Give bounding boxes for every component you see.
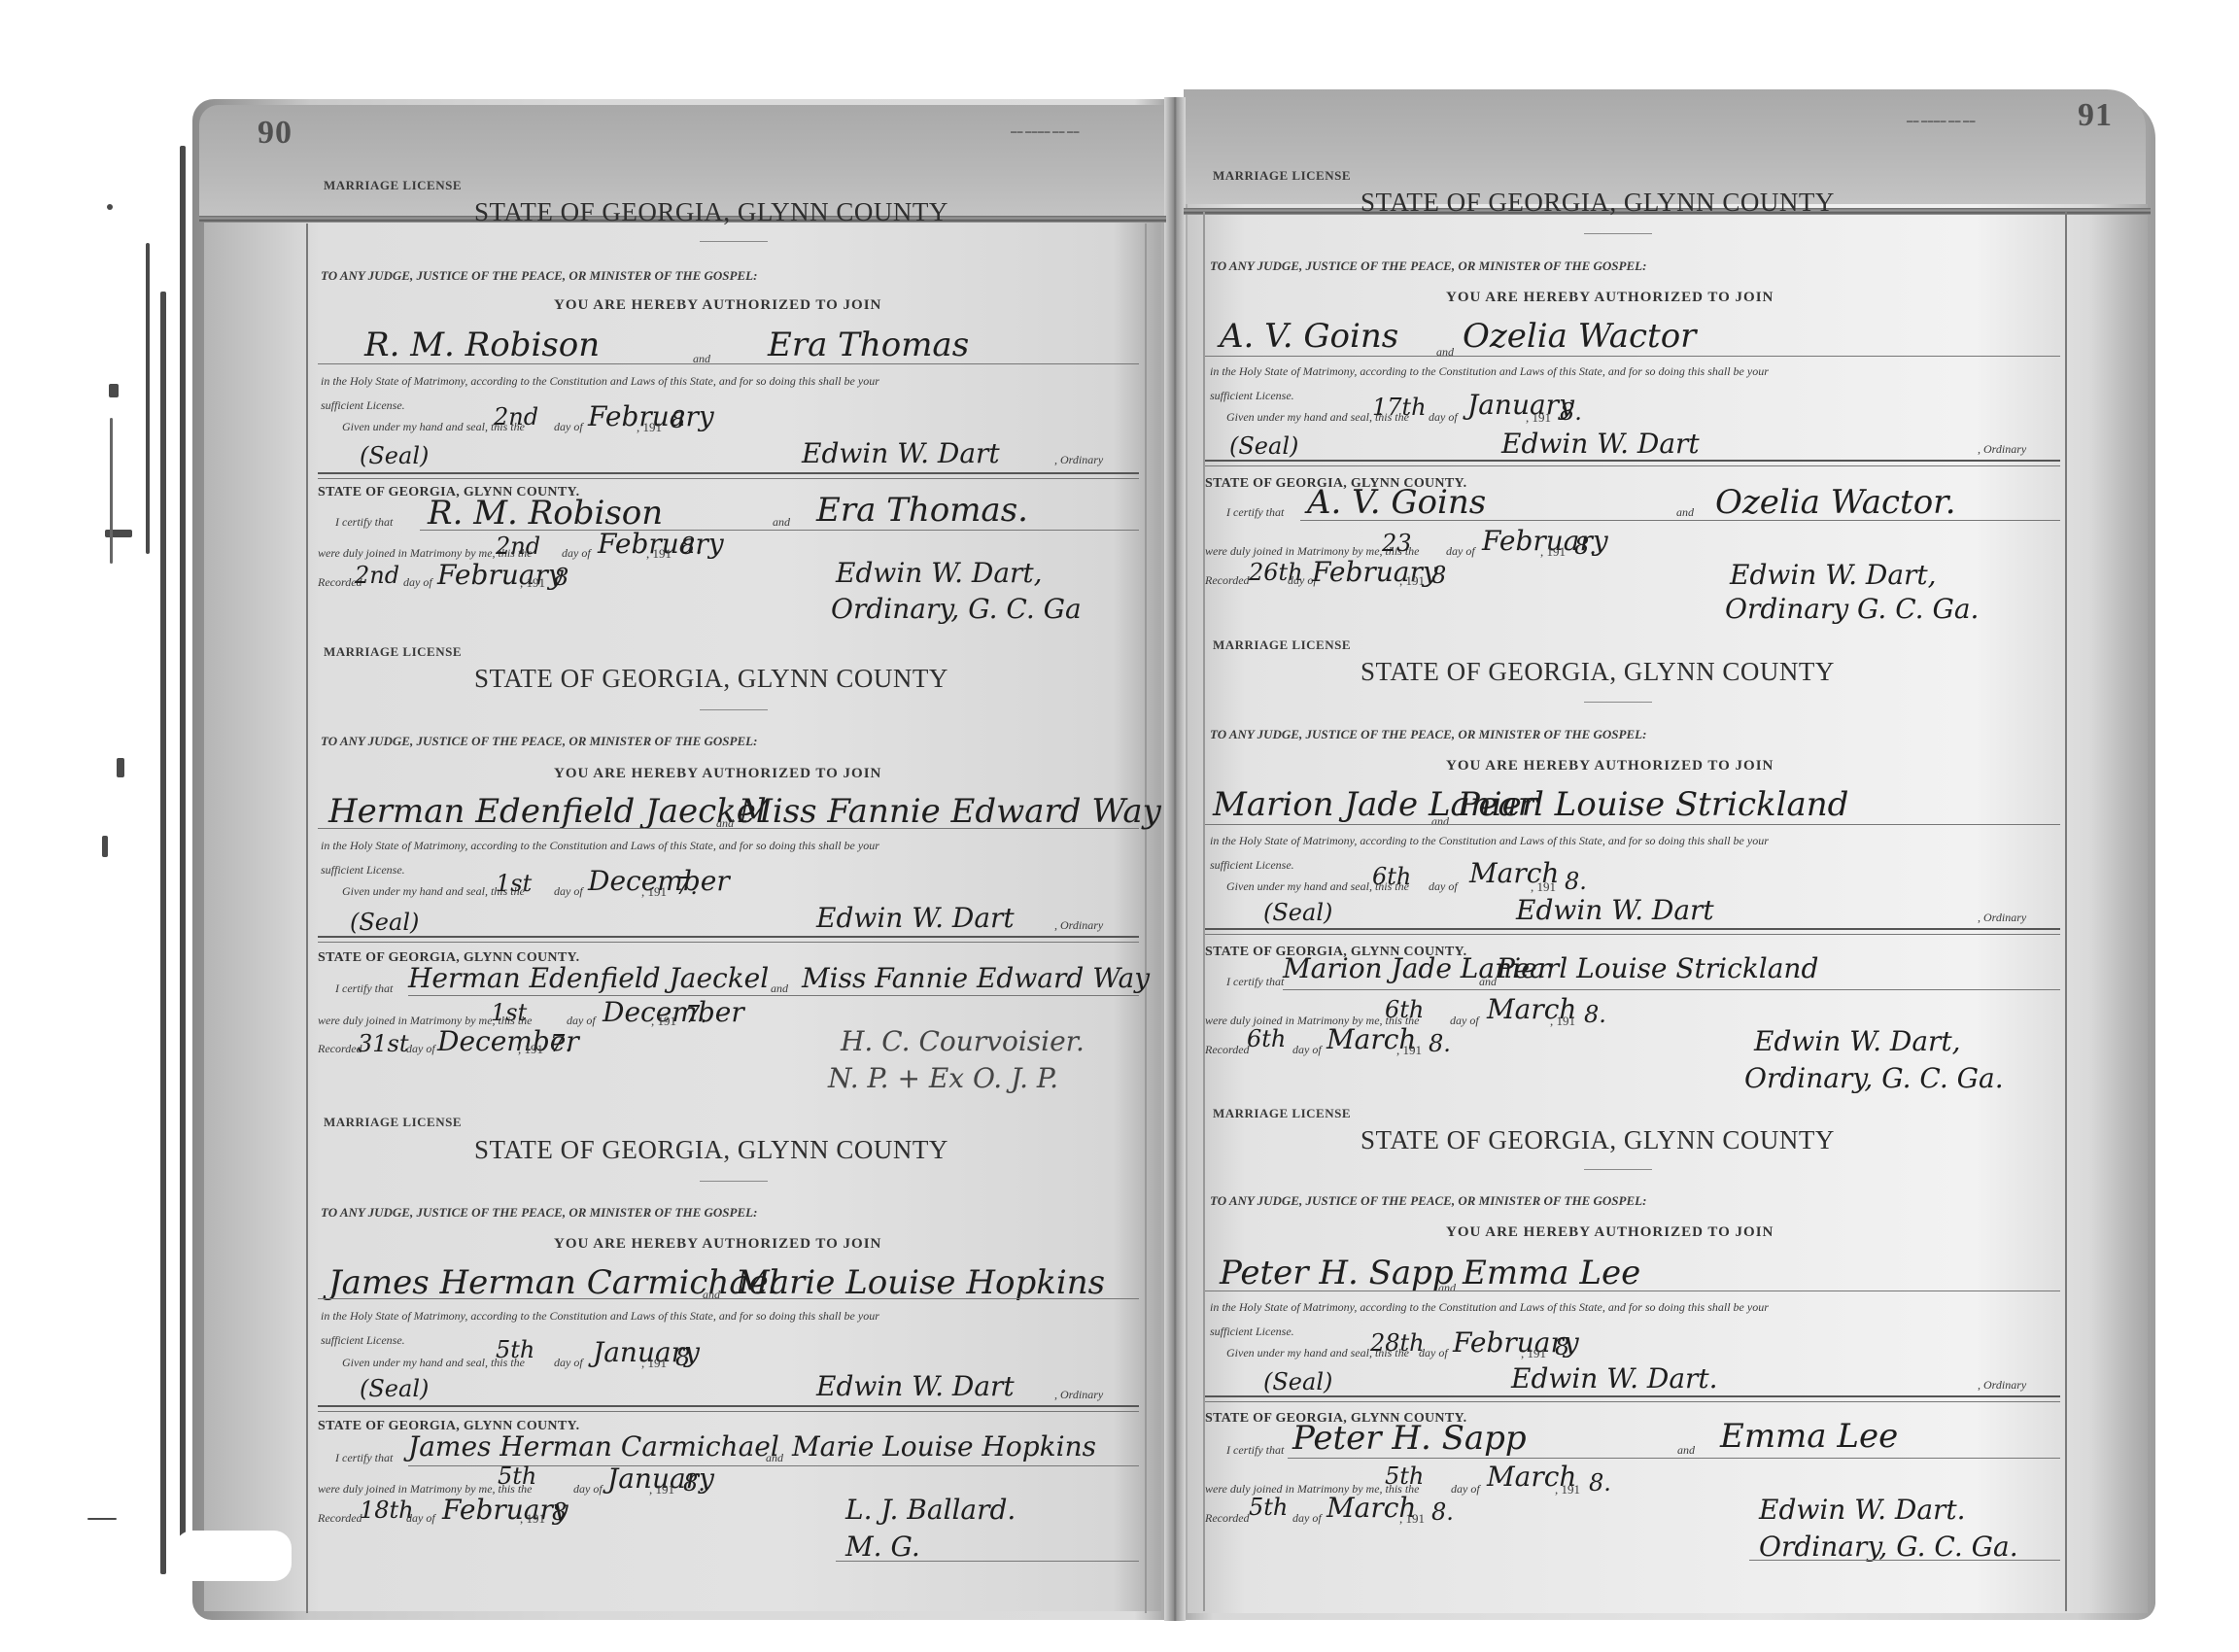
form-title: STATE OF GEORGIA, GLYNN COUNTY xyxy=(474,1135,948,1165)
addressee-line: TO ANY JUDGE, JUSTICE OF THE PEACE, OR M… xyxy=(321,268,757,284)
day-of-label: day of xyxy=(1429,879,1458,894)
marriage-license-label: MARRIAGE LICENSE xyxy=(324,1115,462,1130)
license-year-digit: 8 xyxy=(671,406,685,433)
license-day: 28th xyxy=(1370,1329,1425,1357)
authorized-line: YOU ARE HEREBY AUTHORIZED TO JOIN xyxy=(554,766,881,782)
form-title: STATE OF GEORGIA, GLYNN COUNTY xyxy=(1361,657,1835,687)
day-of-label: day of xyxy=(562,546,591,561)
ordinary-label: , Ordinary xyxy=(1054,453,1103,467)
certificate-bride-name: Miss Fannie Edward Way xyxy=(802,962,1150,994)
title-rule xyxy=(1584,702,1652,703)
name-line xyxy=(1300,520,2060,521)
signature-line xyxy=(1749,1560,2060,1561)
certify-label: I certify that xyxy=(335,981,393,996)
addressee-line: TO ANY JUDGE, JUSTICE OF THE PEACE, OR M… xyxy=(321,734,757,749)
recorded-label: Recorded xyxy=(318,1511,362,1526)
and-label: and xyxy=(1436,345,1454,360)
day-of-label: day of xyxy=(403,575,432,590)
seal-mark: (Seal) xyxy=(360,442,429,469)
recorded-label: Recorded xyxy=(318,1042,362,1056)
officiant-title: M. G. xyxy=(845,1531,920,1563)
marriage-license-label: MARRIAGE LICENSE xyxy=(324,644,462,660)
name-line xyxy=(318,1298,1139,1299)
certificate-bride-name: Emma Lee xyxy=(1720,1417,1898,1456)
year-prefix: , 191 xyxy=(641,884,667,900)
certificate-day: 23 xyxy=(1382,530,1412,557)
certificate-year-digit: 7. xyxy=(685,1001,707,1028)
name-line xyxy=(1205,824,2060,825)
ordinary-label: , Ordinary xyxy=(1054,918,1103,933)
and-label: and xyxy=(703,1288,720,1302)
license-bride-name: Miss Fannie Edward Way xyxy=(739,792,1161,831)
year-prefix: , 191 xyxy=(520,1511,545,1527)
year-prefix: , 191 xyxy=(1540,544,1566,560)
officiant-title: N. P. + Ex O. J. P. xyxy=(828,1062,1058,1094)
recorded-label: Recorded xyxy=(1205,573,1250,588)
license-year-digit: 8 xyxy=(1555,1333,1569,1360)
day-of-label: day of xyxy=(406,1511,435,1526)
year-prefix: , 191 xyxy=(1526,410,1551,426)
license-bride-name: Pearl Louise Strickland xyxy=(1458,785,1848,824)
ordinary-label: , Ordinary xyxy=(1054,1388,1103,1402)
addressee-line: TO ANY JUDGE, JUSTICE OF THE PEACE, OR M… xyxy=(1210,258,1646,274)
year-prefix: , 191 xyxy=(1399,573,1425,589)
title-rule xyxy=(1584,233,1652,234)
day-of-label: day of xyxy=(1419,1346,1448,1360)
certificate-day: 1st xyxy=(491,999,527,1026)
addressee-line: TO ANY JUDGE, JUSTICE OF THE PEACE, OR M… xyxy=(1210,1193,1646,1209)
certificate-year-digit: 8. xyxy=(1589,1469,1611,1497)
year-prefix: , 191 xyxy=(518,1042,543,1057)
license-day: 5th xyxy=(496,1336,534,1363)
recorded-year-digit: 8 xyxy=(552,1498,567,1526)
certificate-groom-name: James Herman Carmichael xyxy=(408,1430,779,1463)
certify-label: I certify that xyxy=(335,515,393,530)
license-signature: Edwin W. Dart xyxy=(1516,894,1714,926)
year-prefix: , 191 xyxy=(651,1014,676,1029)
license-groom-name: Herman Edenfield Jaeckel xyxy=(328,792,767,831)
recorded-day: 6th xyxy=(1247,1025,1286,1052)
day-of-label: day of xyxy=(573,1482,603,1497)
signature-line xyxy=(836,1561,1139,1562)
year-prefix: , 191 xyxy=(1550,1014,1575,1029)
seal-mark: (Seal) xyxy=(1263,899,1332,926)
year-prefix: , 191 xyxy=(1531,879,1556,895)
license-groom-name: R. M. Robison xyxy=(364,326,600,364)
name-line xyxy=(408,995,1139,996)
certificate-year-digit: 8. xyxy=(683,1469,706,1497)
scan-artifact xyxy=(107,204,113,210)
certify-label: I certify that xyxy=(1226,1443,1284,1458)
holy-state-text: in the Holy State of Matrimony, accordin… xyxy=(1210,364,1769,379)
and-label: and xyxy=(1438,1281,1456,1295)
section-divider xyxy=(318,472,1139,479)
year-prefix: , 191 xyxy=(1555,1482,1580,1497)
certificate-day: 5th xyxy=(1385,1463,1424,1490)
license-month: January xyxy=(1467,389,1574,421)
sufficient-license-text: sufficient License. xyxy=(1210,1325,1294,1339)
scan-artifact xyxy=(102,836,108,857)
day-of-label: day of xyxy=(554,420,583,434)
officiant-title: Ordinary, G. C. Ga xyxy=(831,593,1082,625)
seal-mark: (Seal) xyxy=(1263,1368,1332,1395)
license-groom-name: Peter H. Sapp xyxy=(1220,1254,1454,1292)
license-year-digit: 8 xyxy=(675,1344,690,1371)
addressee-line: TO ANY JUDGE, JUSTICE OF THE PEACE, OR M… xyxy=(321,1205,757,1221)
recorded-day: 2nd xyxy=(355,562,399,589)
ordinary-label: , Ordinary xyxy=(1978,911,2026,925)
certify-label: I certify that xyxy=(335,1451,393,1465)
authorized-line: YOU ARE HEREBY AUTHORIZED TO JOIN xyxy=(554,1236,881,1253)
authorized-line: YOU ARE HEREBY AUTHORIZED TO JOIN xyxy=(554,297,881,314)
year-prefix: , 191 xyxy=(641,1356,667,1371)
sufficient-license-text: sufficient License. xyxy=(321,863,405,878)
page-number-right: 91 xyxy=(2078,97,2113,134)
title-rule xyxy=(1584,1169,1652,1170)
scan-artifact xyxy=(146,243,150,554)
year-prefix: , 191 xyxy=(646,546,672,562)
officiant-title: Ordinary G. C. Ga. xyxy=(1725,593,1979,625)
certificate-groom-name: Herman Edenfield Jaeckel xyxy=(408,962,769,994)
certificate-groom-name: R. M. Robison xyxy=(428,494,663,533)
certificate-groom-name: A. V. Goins xyxy=(1307,483,1486,522)
license-bride-name: Era Thomas xyxy=(768,326,969,364)
license-year-digit: 8. xyxy=(1560,398,1582,426)
scan-artifact xyxy=(180,146,186,1574)
sufficient-license-text: sufficient License. xyxy=(1210,389,1294,403)
year-prefix: , 191 xyxy=(1521,1346,1546,1361)
section-divider xyxy=(1205,460,2060,466)
certificate-day: 5th xyxy=(498,1463,536,1490)
page-number-left: 90 xyxy=(258,115,293,152)
printer-imprint-left: ▬▬ ▬▬▬▬ ▬▬ ▬▬ xyxy=(1011,129,1080,135)
seal-mark: (Seal) xyxy=(350,909,419,936)
and-label: and xyxy=(1676,505,1694,520)
scan-artifact xyxy=(110,418,113,564)
license-signature: Edwin W. Dart xyxy=(816,1370,1015,1402)
recorded-year-digit: 8 xyxy=(554,564,568,591)
form-title: STATE OF GEORGIA, GLYNN COUNTY xyxy=(1361,1125,1835,1155)
recorded-day: 5th xyxy=(1249,1494,1288,1521)
certificate-year-digit: 8. xyxy=(1584,1001,1606,1028)
and-label: and xyxy=(1479,975,1497,989)
license-year-digit: 7. xyxy=(675,873,698,900)
license-groom-name: A. V. Goins xyxy=(1220,317,1398,356)
section-divider xyxy=(318,1405,1139,1412)
seal-mark: (Seal) xyxy=(1229,432,1298,460)
certificate-groom-name: Peter H. Sapp xyxy=(1292,1419,1527,1458)
recorded-year-digit: 8 xyxy=(1431,562,1446,589)
officiant-signature: H. C. Courvoisier. xyxy=(841,1025,1085,1057)
officiant-signature: Edwin W. Dart, xyxy=(836,557,1043,589)
recorded-year-digit: 8. xyxy=(1429,1030,1451,1057)
seal-mark: (Seal) xyxy=(360,1375,429,1402)
license-day: 1st xyxy=(496,870,532,897)
authorized-line: YOU ARE HEREBY AUTHORIZED TO JOIN xyxy=(1446,290,1774,306)
holy-state-text: in the Holy State of Matrimony, accordin… xyxy=(321,1309,879,1324)
name-line xyxy=(1288,1458,2060,1459)
day-of-label: day of xyxy=(554,1356,583,1370)
scan-artifact xyxy=(160,292,166,1574)
name-line xyxy=(1205,1291,2060,1291)
license-signature: Edwin W. Dart. xyxy=(1511,1362,1718,1394)
license-day: 6th xyxy=(1372,863,1411,890)
recorded-month: February xyxy=(442,1494,568,1526)
title-rule xyxy=(700,241,768,242)
form-title: STATE OF GEORGIA, GLYNN COUNTY xyxy=(1361,188,1835,218)
holy-state-text: in the Holy State of Matrimony, accordin… xyxy=(1210,834,1769,848)
year-prefix: , 191 xyxy=(1399,1511,1425,1527)
day-of-label: day of xyxy=(1451,1482,1480,1497)
name-line xyxy=(318,828,1139,829)
certificate-day: 6th xyxy=(1385,996,1424,1023)
license-day: 17th xyxy=(1372,394,1427,421)
title-rule xyxy=(700,1181,768,1182)
holy-state-text: in the Holy State of Matrimony, accordin… xyxy=(1210,1300,1769,1315)
officiant-signature: Edwin W. Dart, xyxy=(1754,1025,1961,1057)
license-bride-name: Emma Lee xyxy=(1463,1254,1640,1292)
scan-artifact xyxy=(117,758,124,777)
day-of-label: day of xyxy=(406,1042,435,1056)
and-label: and xyxy=(773,515,790,530)
recorded-day: 31st xyxy=(358,1030,409,1057)
license-signature: Edwin W. Dart xyxy=(802,437,1000,469)
and-label: and xyxy=(1431,814,1449,829)
certificate-bride-name: Pearl Louise Strickland xyxy=(1497,952,1818,984)
name-line xyxy=(318,363,1139,364)
license-bride-name: Ozelia Wactor xyxy=(1463,317,1696,356)
year-prefix: , 191 xyxy=(1396,1043,1422,1058)
and-label: and xyxy=(771,981,788,996)
ordinary-label: , Ordinary xyxy=(1978,1378,2026,1393)
holy-state-text: in the Holy State of Matrimony, accordin… xyxy=(321,374,879,389)
ordinary-label: , Ordinary xyxy=(1978,442,2026,457)
section-divider xyxy=(1205,928,2060,935)
and-label: and xyxy=(766,1451,783,1465)
license-signature: Edwin W. Dart xyxy=(816,902,1015,934)
day-of-label: day of xyxy=(1292,1043,1322,1057)
certify-label: I certify that xyxy=(1226,505,1284,520)
name-line xyxy=(1205,356,2060,357)
license-signature: Edwin W. Dart xyxy=(1501,428,1700,460)
certify-label: I certify that xyxy=(1226,975,1284,989)
sufficient-license-text: sufficient License. xyxy=(321,1333,405,1348)
marriage-license-label: MARRIAGE LICENSE xyxy=(1213,637,1351,653)
certificate-bride-name: Marie Louise Hopkins xyxy=(792,1430,1096,1463)
right-margin-rule xyxy=(2065,212,2067,1611)
printer-imprint-right: ▬▬ ▬▬▬▬ ▬▬ ▬▬ xyxy=(1907,119,1976,124)
name-line xyxy=(1283,989,2060,990)
year-prefix: , 191 xyxy=(649,1482,674,1497)
form-title: STATE OF GEORGIA, GLYNN COUNTY xyxy=(474,197,948,227)
scan-artifact xyxy=(87,1518,117,1520)
holy-state-text: in the Holy State of Matrimony, accordin… xyxy=(321,839,879,853)
officiant-signature: Edwin W. Dart, xyxy=(1730,559,1937,591)
form-title: STATE OF GEORGIA, GLYNN COUNTY xyxy=(474,664,948,694)
recorded-label: Recorded xyxy=(1205,1043,1250,1057)
certificate-day: 2nd xyxy=(496,533,540,560)
marriage-license-label: MARRIAGE LICENSE xyxy=(1213,168,1351,184)
section-divider xyxy=(1205,1395,2060,1402)
license-year-digit: 8. xyxy=(1565,868,1587,895)
marriage-license-label: MARRIAGE LICENSE xyxy=(324,178,462,193)
authorized-line: YOU ARE HEREBY AUTHORIZED TO JOIN xyxy=(1446,1224,1774,1241)
recorded-year-digit: 8. xyxy=(1431,1498,1454,1526)
left-margin-rule xyxy=(306,224,308,1613)
year-prefix: , 191 xyxy=(520,575,545,591)
scan-artifact xyxy=(109,384,119,397)
recorded-label: Recorded xyxy=(1205,1511,1250,1526)
license-day: 2nd xyxy=(494,403,538,430)
certificate-year-digit: 8. xyxy=(1574,533,1597,560)
recorded-year-digit: 7. xyxy=(550,1030,572,1057)
authorized-line: YOU ARE HEREBY AUTHORIZED TO JOIN xyxy=(1446,758,1774,774)
day-of-label: day of xyxy=(1429,410,1458,425)
title-rule xyxy=(700,709,768,710)
marriage-license-label: MARRIAGE LICENSE xyxy=(1213,1106,1351,1121)
day-of-label: day of xyxy=(1292,1511,1322,1526)
certificate-bride-name: Era Thomas. xyxy=(816,491,1028,530)
sufficient-license-text: sufficient License. xyxy=(1210,858,1294,873)
certificate-bride-name: Ozelia Wactor. xyxy=(1715,483,1956,522)
and-label: and xyxy=(1677,1443,1695,1458)
day-of-label: day of xyxy=(1446,544,1475,559)
section-divider xyxy=(318,936,1139,943)
day-of-label: day of xyxy=(1450,1014,1479,1028)
day-of-label: day of xyxy=(554,884,583,899)
addressee-line: TO ANY JUDGE, JUSTICE OF THE PEACE, OR M… xyxy=(1210,727,1646,742)
name-line xyxy=(420,530,1139,531)
certificate-year-digit: 8. xyxy=(680,533,703,560)
year-prefix: , 191 xyxy=(637,420,662,435)
officiant-signature: L. J. Ballard. xyxy=(845,1494,1016,1526)
sufficient-license-text: sufficient License. xyxy=(321,398,405,413)
officiant-title: Ordinary, G. C. Ga. xyxy=(1759,1531,2018,1563)
book-spine xyxy=(1164,97,1186,1621)
officiant-title: Ordinary, G. C. Ga. xyxy=(1744,1062,2004,1094)
left-inner-rule xyxy=(1145,224,1147,1613)
license-bride-name: Marie Louise Hopkins xyxy=(736,1263,1105,1302)
officiant-signature: Edwin W. Dart. xyxy=(1759,1494,1966,1526)
scan-artifact-white xyxy=(175,1531,292,1581)
